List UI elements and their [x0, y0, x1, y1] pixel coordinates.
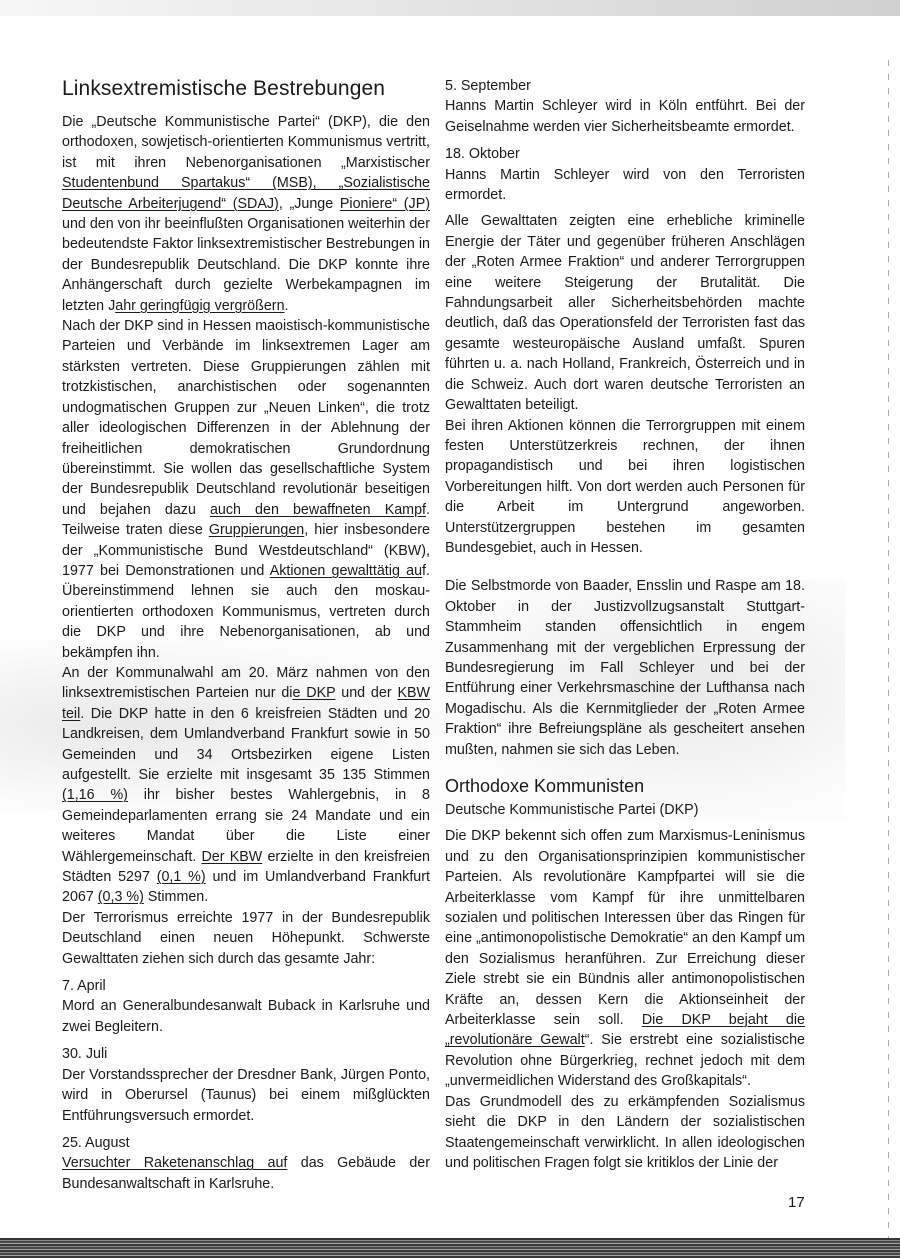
section-heading-orthodoxe-kommunisten: Orthodoxe Kommunisten: [445, 774, 805, 798]
page-number: 17: [788, 1194, 805, 1211]
paragraph-unterstuetzer: Bei ihren Aktionen können die Terrorgrup…: [445, 416, 805, 559]
text: , „Junge: [279, 196, 340, 212]
paragraph-maoist-groups: Nach der DKP sind in Hessen maoistisch-k…: [62, 316, 430, 663]
event-text: Mord an Generalbundesanwalt Buback in Ka…: [62, 996, 430, 1037]
underlined-text: (0,3 %): [98, 889, 144, 905]
paragraph-gewalttaten: Alle Gewalttaten zeigten eine erhebliche…: [445, 211, 805, 415]
left-column: Linksextremistische Bestrebungen Die „De…: [62, 76, 430, 1194]
underlined-text: auch den bewaffneten Kampf: [210, 502, 426, 518]
paragraph-selbstmorde: Die Selbstmorde von Baader, Ensslin und …: [445, 576, 805, 760]
scan-edge-bottom: [0, 1238, 900, 1258]
paragraph-kommunalwahl: An der Kommunalwahl am 20. März nahmen v…: [62, 663, 430, 908]
underlined-text: Aktionen gewalttätig au: [270, 563, 422, 579]
text: .: [285, 298, 289, 314]
event-list-left: 7. April Mord an Generalbundesanwalt Bub…: [62, 976, 430, 1194]
text: Die „Deutsche Kommunistische Partei“ (DK…: [62, 114, 430, 171]
underlined-text: Versuchter Raketenanschlag auf: [62, 1155, 287, 1171]
event-text: Der Vorstandssprecher der Dresdner Bank,…: [62, 1065, 430, 1126]
event-text: Versuchter Raketenanschlag auf das Gebäu…: [62, 1153, 430, 1194]
page-edge-right: [888, 60, 889, 1240]
paragraph-terrorismus: Der Terrorismus erreichte 1977 in der Bu…: [62, 908, 430, 969]
event-list-right: 5. September Hanns Martin Schleyer wird …: [445, 76, 805, 205]
event-text: Hanns Martin Schleyer wird von den Terro…: [445, 165, 805, 206]
text: Die DKP bekennt sich offen zum Marxismus…: [445, 828, 805, 1028]
underlined-text: Pioniere“ (JP): [340, 196, 430, 212]
underlined-text: (1,16 %): [62, 787, 128, 803]
event-date: 25. August: [62, 1133, 430, 1153]
text: und der: [335, 685, 397, 701]
text: . Die DKP hatte in den 6 kreisfreien Stä…: [62, 706, 430, 783]
underlined-text: Gruppierungen: [209, 522, 304, 538]
subheading-dkp: Deutsche Kommunistische Partei (DKP): [445, 800, 805, 820]
event-date: 30. Juli: [62, 1044, 430, 1064]
event-text: Hanns Martin Schleyer wird in Köln entfü…: [445, 96, 805, 137]
scan-shadow-top: [0, 0, 900, 16]
event-date: 18. Oktober: [445, 144, 805, 164]
section-heading-linksextremistische: Linksextremistische Bestrebungen: [62, 76, 430, 102]
underlined-text: ahr geringfügig vergrößern: [115, 298, 284, 314]
event-date: 7. April: [62, 976, 430, 996]
paragraph-dkp-marxismus: Die DKP bekennt sich offen zum Marxismus…: [445, 826, 805, 1091]
underlined-text: (0,1 %): [157, 869, 206, 885]
paragraph-dkp-intro: Die „Deutsche Kommunistische Partei“ (DK…: [62, 112, 430, 316]
right-column: 5. September Hanns Martin Schleyer wird …: [445, 76, 805, 1173]
paragraph-grundmodell: Das Grundmodell des zu erkämpfenden Sozi…: [445, 1092, 805, 1174]
text: Stimmen.: [144, 889, 208, 905]
underlined-text: e DKP: [292, 685, 335, 701]
event-date: 5. September: [445, 76, 805, 96]
text: Nach der DKP sind in Hessen maoistisch-k…: [62, 318, 430, 518]
underlined-text: Der KBW: [201, 849, 262, 865]
